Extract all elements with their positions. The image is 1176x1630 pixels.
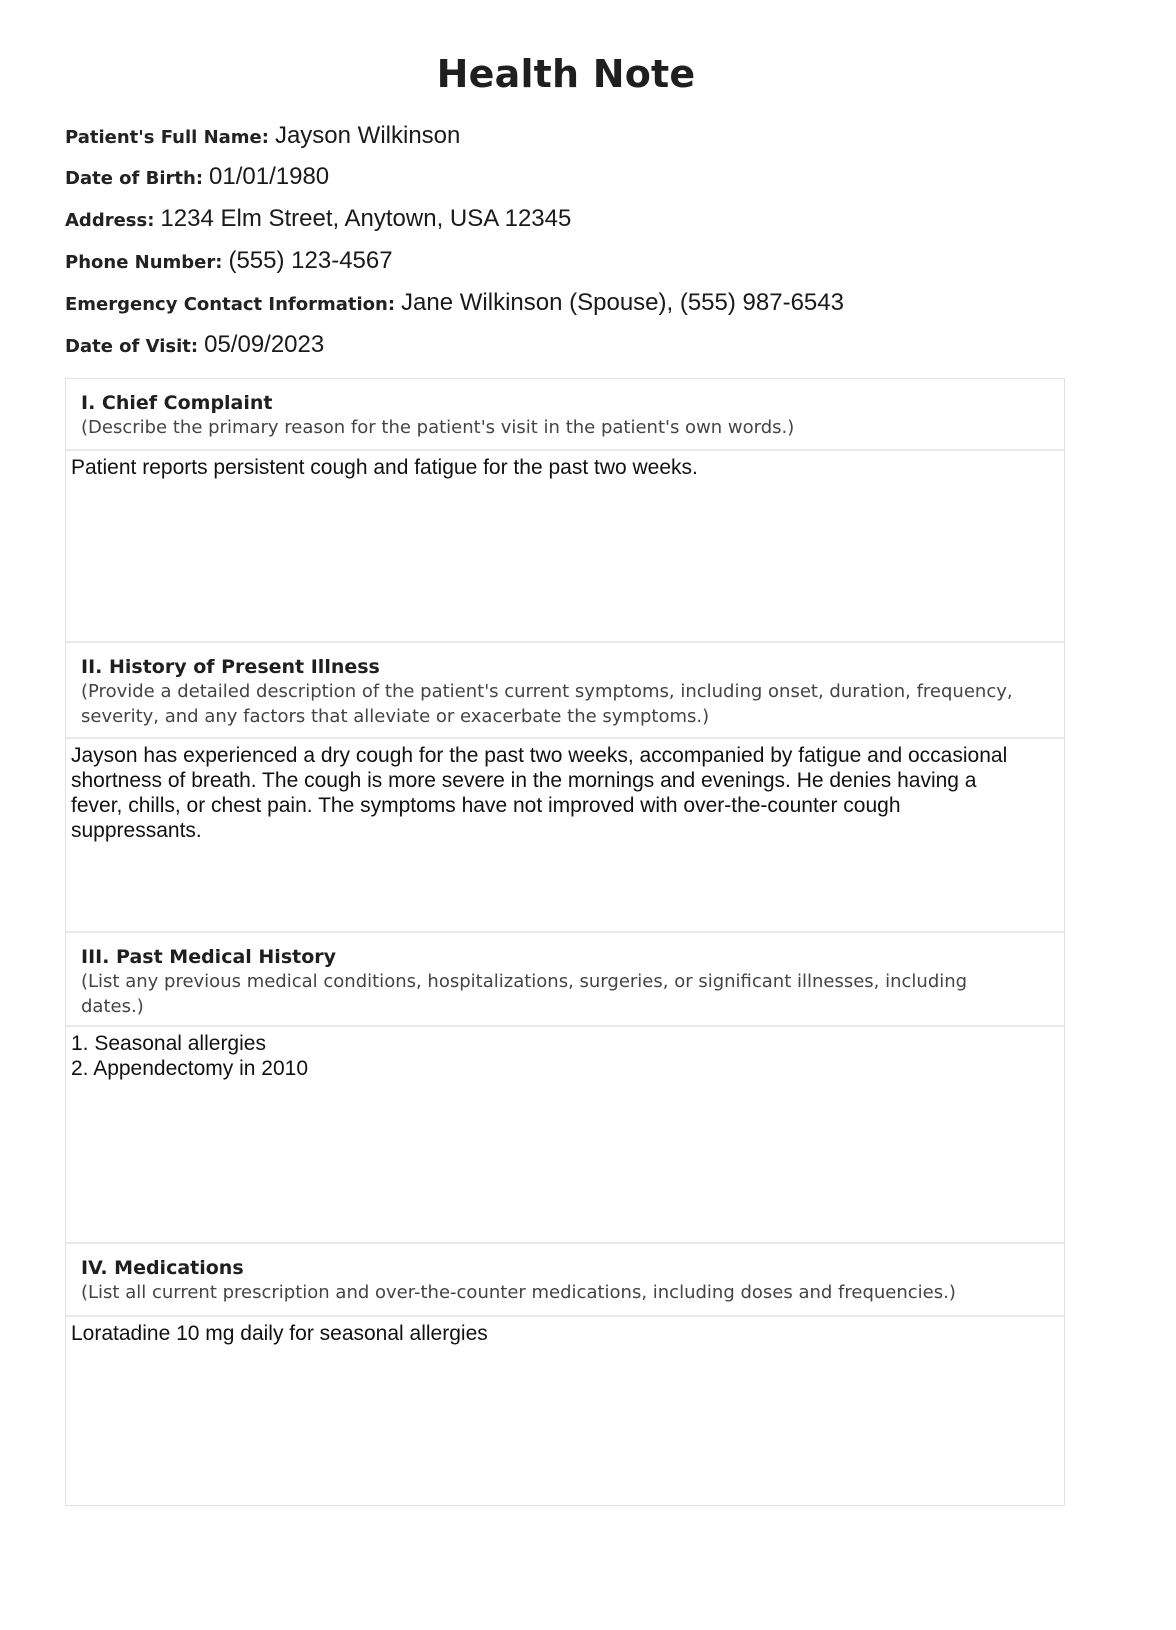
section-content[interactable]: Jayson has experienced a dry cough for t… (71, 743, 1064, 843)
address-field: Address:1234 Elm Street, Anytown, USA 12… (65, 205, 571, 233)
emergency-contact-label: Emergency Contact Information: (65, 294, 395, 315)
patient-name-field: Patient's Full Name:Jayson Wilkinson (65, 122, 460, 150)
section-title: II. History of Present Illness (81, 655, 1064, 679)
date-of-birth-label: Date of Birth: (65, 168, 203, 189)
health-note-table: I. Chief Complaint (Describe the primary… (65, 378, 1065, 1506)
phone-number-value[interactable]: (555) 123-4567 (228, 247, 392, 274)
date-of-birth-value[interactable]: 01/01/1980 (209, 163, 329, 190)
section-content[interactable]: Patient reports persistent cough and fat… (71, 455, 1064, 480)
section-instruction: (List all current prescription and over-… (81, 1280, 1064, 1305)
patient-name-value[interactable]: Jayson Wilkinson (275, 122, 460, 149)
section-body-medications[interactable]: Loratadine 10 mg daily for seasonal alle… (66, 1317, 1064, 1505)
date-of-visit-field: Date of Visit:05/09/2023 (65, 331, 324, 359)
address-value[interactable]: 1234 Elm Street, Anytown, USA 12345 (160, 205, 571, 232)
section-title: I. Chief Complaint (81, 391, 1064, 415)
section-content[interactable]: Loratadine 10 mg daily for seasonal alle… (71, 1321, 1064, 1346)
section-instruction: (Provide a detailed description of the p… (81, 679, 1064, 729)
section-instruction: (Describe the primary reason for the pat… (81, 415, 1064, 440)
section-header-medications: IV. Medications (List all current prescr… (66, 1244, 1064, 1317)
date-of-birth-field: Date of Birth:01/01/1980 (65, 163, 329, 191)
section-body-chief-complaint[interactable]: Patient reports persistent cough and fat… (66, 451, 1064, 643)
section-body-past-medical-history[interactable]: 1. Seasonal allergies 2. Appendectomy in… (66, 1027, 1064, 1244)
date-of-visit-label: Date of Visit: (65, 336, 198, 357)
phone-number-label: Phone Number: (65, 252, 222, 273)
page-title: Health Note (0, 52, 1132, 96)
section-header-chief-complaint: I. Chief Complaint (Describe the primary… (66, 379, 1064, 451)
section-title: III. Past Medical History (81, 945, 1064, 969)
section-body-history-of-present-illness[interactable]: Jayson has experienced a dry cough for t… (66, 739, 1064, 933)
phone-number-field: Phone Number:(555) 123-4567 (65, 247, 393, 275)
section-header-past-medical-history: III. Past Medical History (List any prev… (66, 933, 1064, 1027)
emergency-contact-field: Emergency Contact Information:Jane Wilki… (65, 289, 844, 317)
emergency-contact-value[interactable]: Jane Wilkinson (Spouse), (555) 987-6543 (401, 289, 844, 316)
address-label: Address: (65, 210, 154, 231)
patient-name-label: Patient's Full Name: (65, 127, 269, 148)
section-title: IV. Medications (81, 1256, 1064, 1280)
section-instruction: (List any previous medical conditions, h… (81, 969, 1064, 1019)
section-content[interactable]: 1. Seasonal allergies 2. Appendectomy in… (71, 1031, 1064, 1081)
section-header-history-of-present-illness: II. History of Present Illness (Provide … (66, 643, 1064, 739)
date-of-visit-value[interactable]: 05/09/2023 (204, 331, 324, 358)
